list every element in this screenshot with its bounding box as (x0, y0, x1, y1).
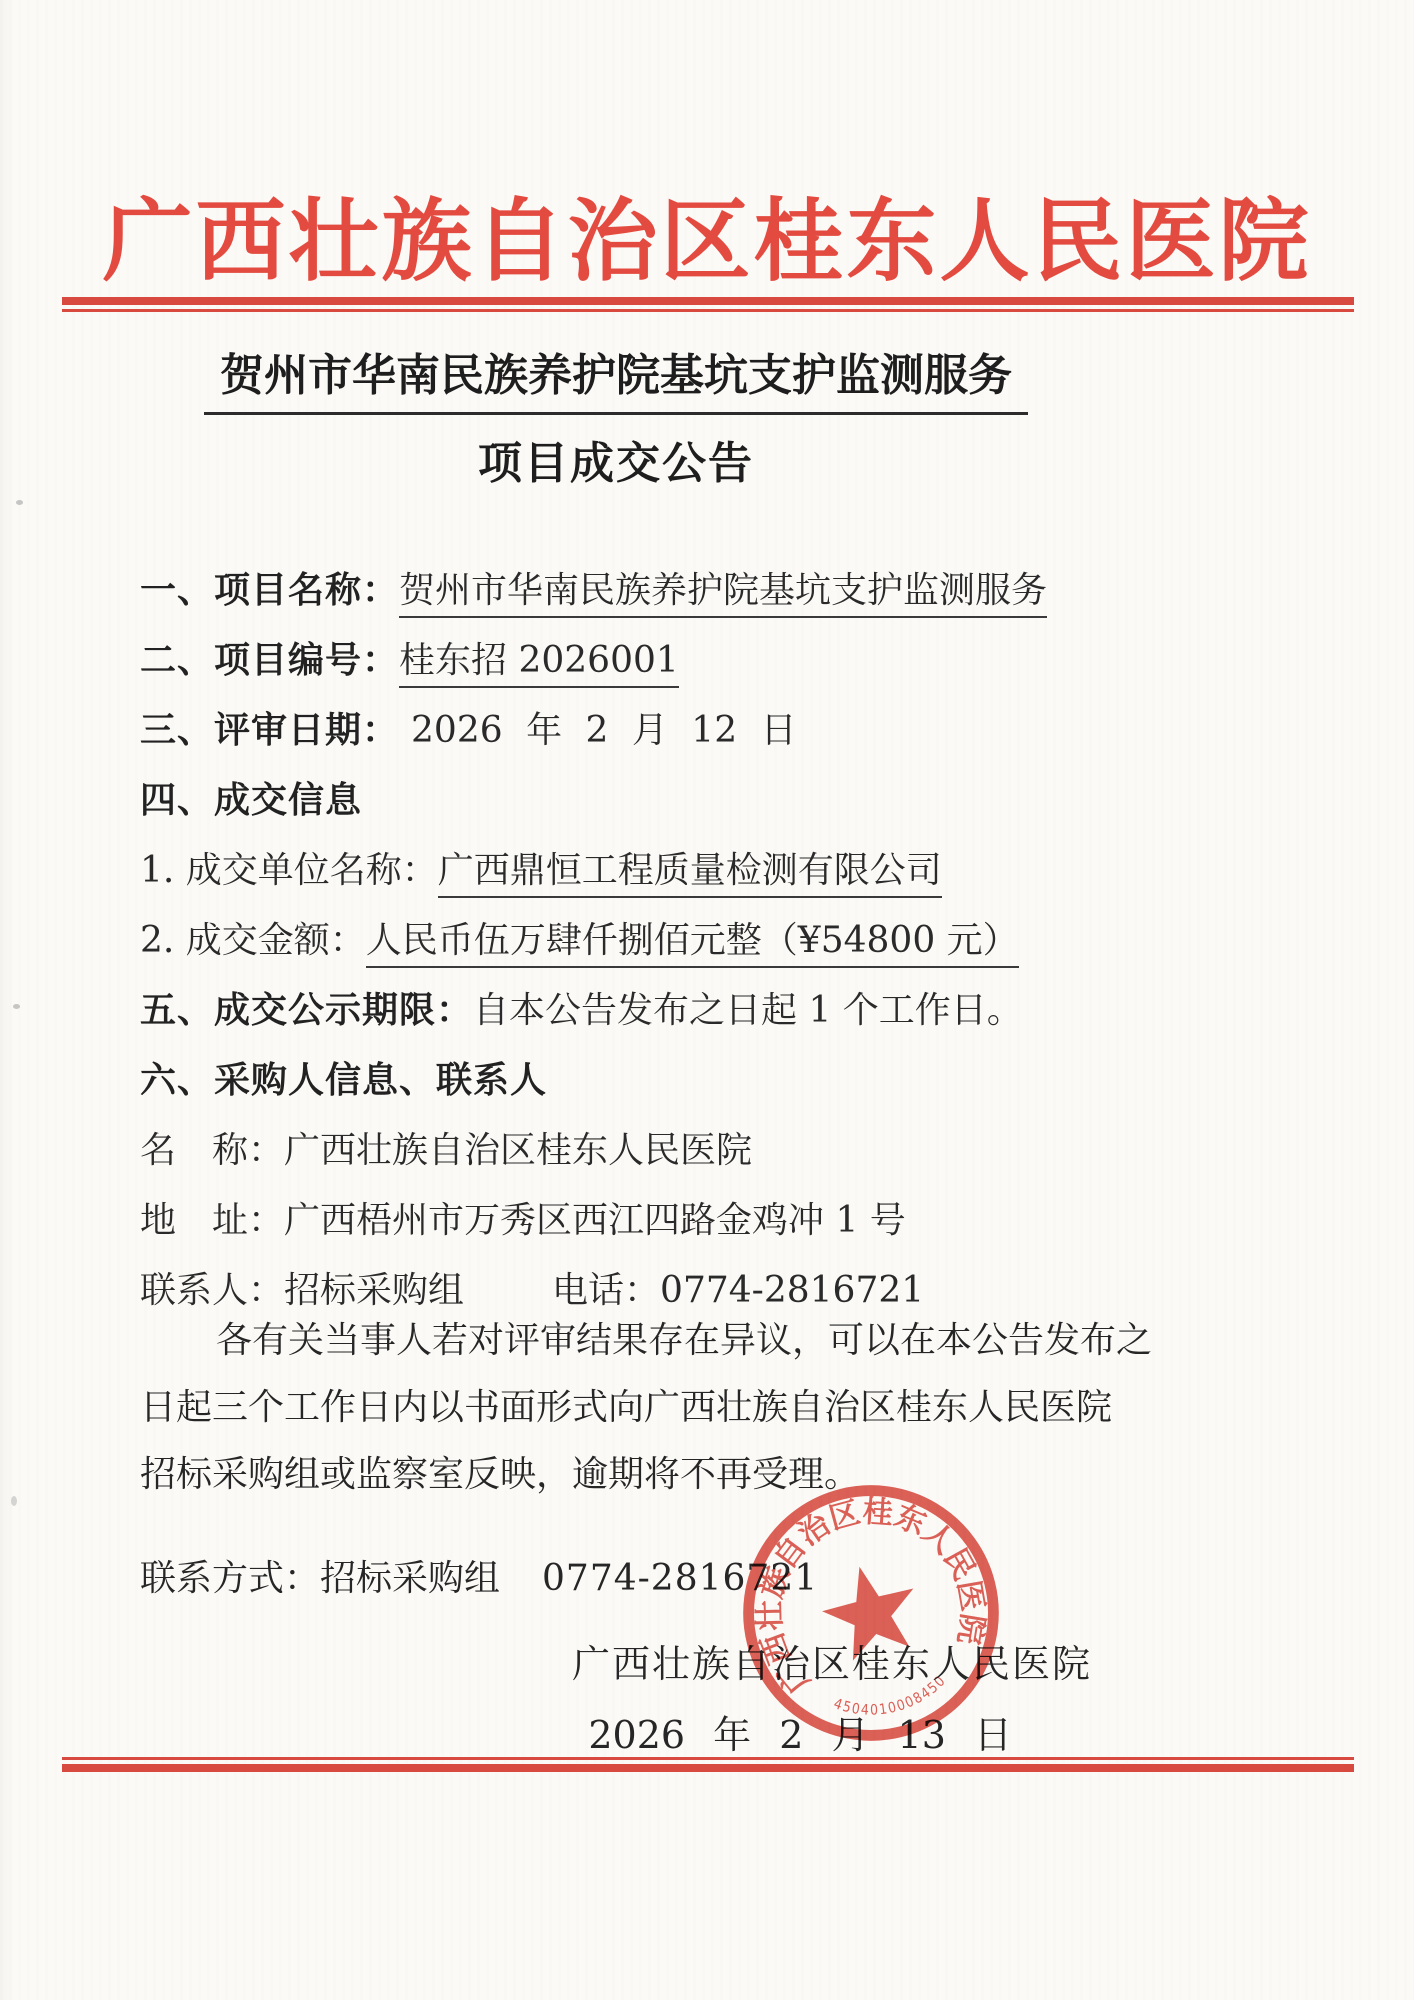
scanned-document-page: { "colors": { "header_red": "#e44b40", "… (0, 0, 1414, 2000)
line-project-no: 二、项目编号：桂东招 2026001 (140, 632, 1092, 702)
winner-label: 1. 成交单位名称： (140, 850, 438, 891)
contact-label: 联系人： (140, 1270, 284, 1311)
project-name-value: 贺州市华南民族养护院基坑支护监测服务 (399, 570, 1047, 618)
project-no-value: 桂东招 2026001 (399, 640, 679, 688)
scan-speck (11, 1496, 17, 1506)
letterhead-org-title: 广西壮族自治区桂东人民医院 (0, 168, 1414, 298)
scan-speck (16, 500, 23, 505)
contact-value: 招标采购组 (284, 1270, 464, 1311)
document-title-line2: 项目成交公告 (140, 427, 1092, 491)
signature-date: 2026 年 2 月 13 日 (140, 1704, 1012, 1759)
line-amount: 2. 成交金额：人民币伍万肆仟捌佰元整（¥54800 元） (140, 912, 1092, 982)
letterhead-double-rule (62, 297, 1354, 312)
rule-thick-bar (62, 1764, 1354, 1772)
objection-line-2: 日起三个工作日内以书面形式向广西壮族自治区桂东人民医院 (140, 1379, 1140, 1446)
document-title: 贺州市华南民族养护院基坑支护监测服务 项目成交公告 (140, 350, 1092, 491)
contact-method-line: 联系方式：招标采购组0774-2816721 (140, 1550, 818, 1601)
address-label: 地 址： (140, 1200, 284, 1241)
line-address: 地 址：广西梧州市万秀区西江四路金鸡冲 1 号 (140, 1192, 1092, 1262)
line-org-name: 名 称：广西壮族自治区桂东人民医院 (140, 1122, 1092, 1192)
review-date-label: 三、评审日期： (140, 710, 399, 751)
rule-thick-bar (62, 297, 1354, 305)
document-title-line1: 贺州市华南民族养护院基坑支护监测服务 (204, 350, 1028, 415)
line-award-info-heading: 四、成交信息 (140, 772, 1092, 842)
org-name-value: 广西壮族自治区桂东人民医院 (284, 1130, 752, 1171)
scan-speck (13, 1004, 20, 1009)
contact-method-label: 联系方式：招标采购组 (140, 1558, 500, 1599)
address-value: 广西梧州市万秀区西江四路金鸡冲 1 号 (284, 1200, 906, 1241)
document-body: 一、项目名称：贺州市华南民族养护院基坑支护监测服务 二、项目编号：桂东招 202… (140, 562, 1092, 1332)
award-info-label: 四、成交信息 (140, 780, 362, 821)
contact-phone-label: 电话： (552, 1270, 660, 1311)
publicity-value: 自本公告发布之日起 1 个工作日。 (473, 990, 1023, 1031)
line-project-name: 一、项目名称：贺州市华南民族养护院基坑支护监测服务 (140, 562, 1092, 632)
org-name-label: 名 称： (140, 1130, 284, 1171)
objection-paragraph: 各有关当事人若对评审结果存在异议，可以在本公告发布之 日起三个工作日内以书面形式… (140, 1312, 1140, 1513)
contact-phone-number: 0774-2816721 (660, 1270, 924, 1311)
publicity-label: 五、成交公示期限： (140, 990, 473, 1031)
line-purchaser-heading: 六、采购人信息、联系人 (140, 1052, 1092, 1122)
contact-method-phone: 0774-2816721 (542, 1558, 818, 1599)
rule-thin-bar (62, 309, 1354, 312)
purchaser-label: 六、采购人信息、联系人 (140, 1060, 547, 1101)
line-publicity-period: 五、成交公示期限：自本公告发布之日起 1 个工作日。 (140, 982, 1092, 1052)
review-date-value: 2026 年 2 月 12 日 (399, 710, 797, 751)
winner-value: 广西鼎恒工程质量检测有限公司 (438, 850, 942, 898)
footer-double-rule (62, 1757, 1354, 1772)
project-no-label: 二、项目编号： (140, 640, 399, 681)
objection-line-3: 招标采购组或监察室反映，逾期将不再受理。 (140, 1446, 1140, 1513)
project-name-label: 一、项目名称： (140, 570, 399, 611)
objection-line-1: 各有关当事人若对评审结果存在异议，可以在本公告发布之 (140, 1312, 1140, 1379)
amount-label: 2. 成交金额： (140, 920, 366, 961)
signature-org: 广西壮族自治区桂东人民医院 (140, 1633, 1092, 1688)
amount-value: 人民币伍万肆仟捌佰元整（¥54800 元） (366, 920, 1019, 968)
line-review-date: 三、评审日期：2026 年 2 月 12 日 (140, 702, 1092, 772)
line-winner: 1. 成交单位名称：广西鼎恒工程质量检测有限公司 (140, 842, 1092, 912)
